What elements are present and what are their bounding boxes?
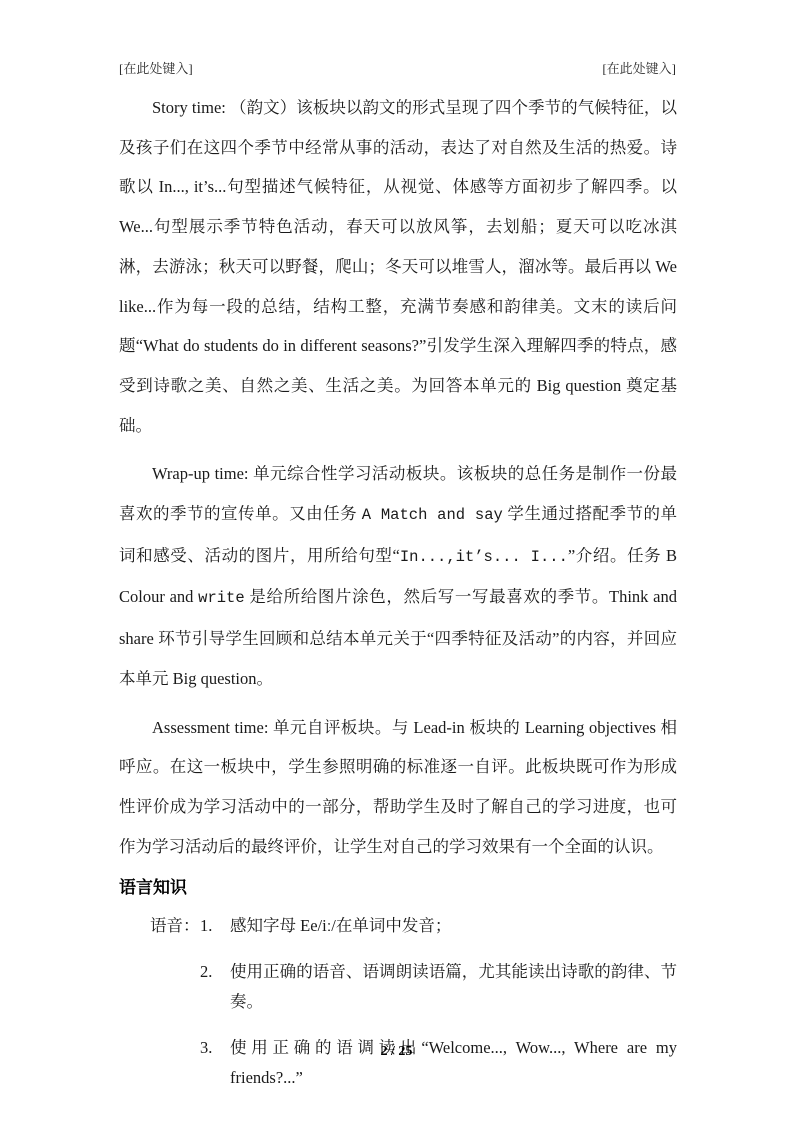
text-run: write [198,589,245,607]
header-right-placeholder[interactable]: [在此处键入] [602,60,676,78]
page-header: [在此处键入] [在此处键入] [119,60,676,78]
phonics-item-3: 3. 使用正确的语调读出“Welcome..., Wow..., Where a… [150,1033,677,1093]
section-heading-language-knowledge: 语言知识 [119,875,677,901]
text-run: In...,it’s... I... [400,548,568,566]
phonics-item-text: 感知字母 Ee/iː/在单词中发音； [230,911,677,941]
phonics-item-text: 使用正确的语调读出“Welcome..., Wow..., Where are … [230,1033,677,1093]
phonics-item-number: 1. [200,911,230,941]
paragraph-wrap-up-time: Wrap-up time: 单元综合性学习活动板块。该板块的总任务是制作一份最喜… [119,454,677,698]
page-number: 2 / 25 [0,1044,793,1060]
document-page: [在此处键入] [在此处键入] Story time: （韵文）该板块以韵文的形… [0,0,793,1122]
paragraph-story-time: Story time: （韵文）该板块以韵文的形式呈现了四个季节的气候特征，以及… [119,88,677,445]
phonics-list: 语音： 1. 感知字母 Ee/iː/在单词中发音； 2. 使用正确的语音、语调朗… [150,911,677,1093]
phonics-item-text: 使用正确的语音、语调朗读语篇，尤其能读出诗歌的韵律、节奏。 [230,957,677,1017]
text-run: Story time: （韵文）该板块以韵文的形式呈现了四个季节的气候特征，以及… [119,98,677,435]
phonics-item-number: 2. [200,957,230,987]
text-run: Assessment time: 单元自评板块。与 Lead-in 板块的 Le… [119,718,677,856]
text-run: A Match and say [362,506,503,524]
phonics-label: 语音： [150,911,200,941]
phonics-item-1: 语音： 1. 感知字母 Ee/iː/在单词中发音； [150,911,677,941]
phonics-item-2: 2. 使用正确的语音、语调朗读语篇，尤其能读出诗歌的韵律、节奏。 [150,957,677,1017]
paragraph-assessment-time: Assessment time: 单元自评板块。与 Lead-in 板块的 Le… [119,708,677,867]
document-body: Story time: （韵文）该板块以韵文的形式呈现了四个季节的气候特征，以及… [119,88,677,1109]
header-left-placeholder[interactable]: [在此处键入] [119,60,193,78]
